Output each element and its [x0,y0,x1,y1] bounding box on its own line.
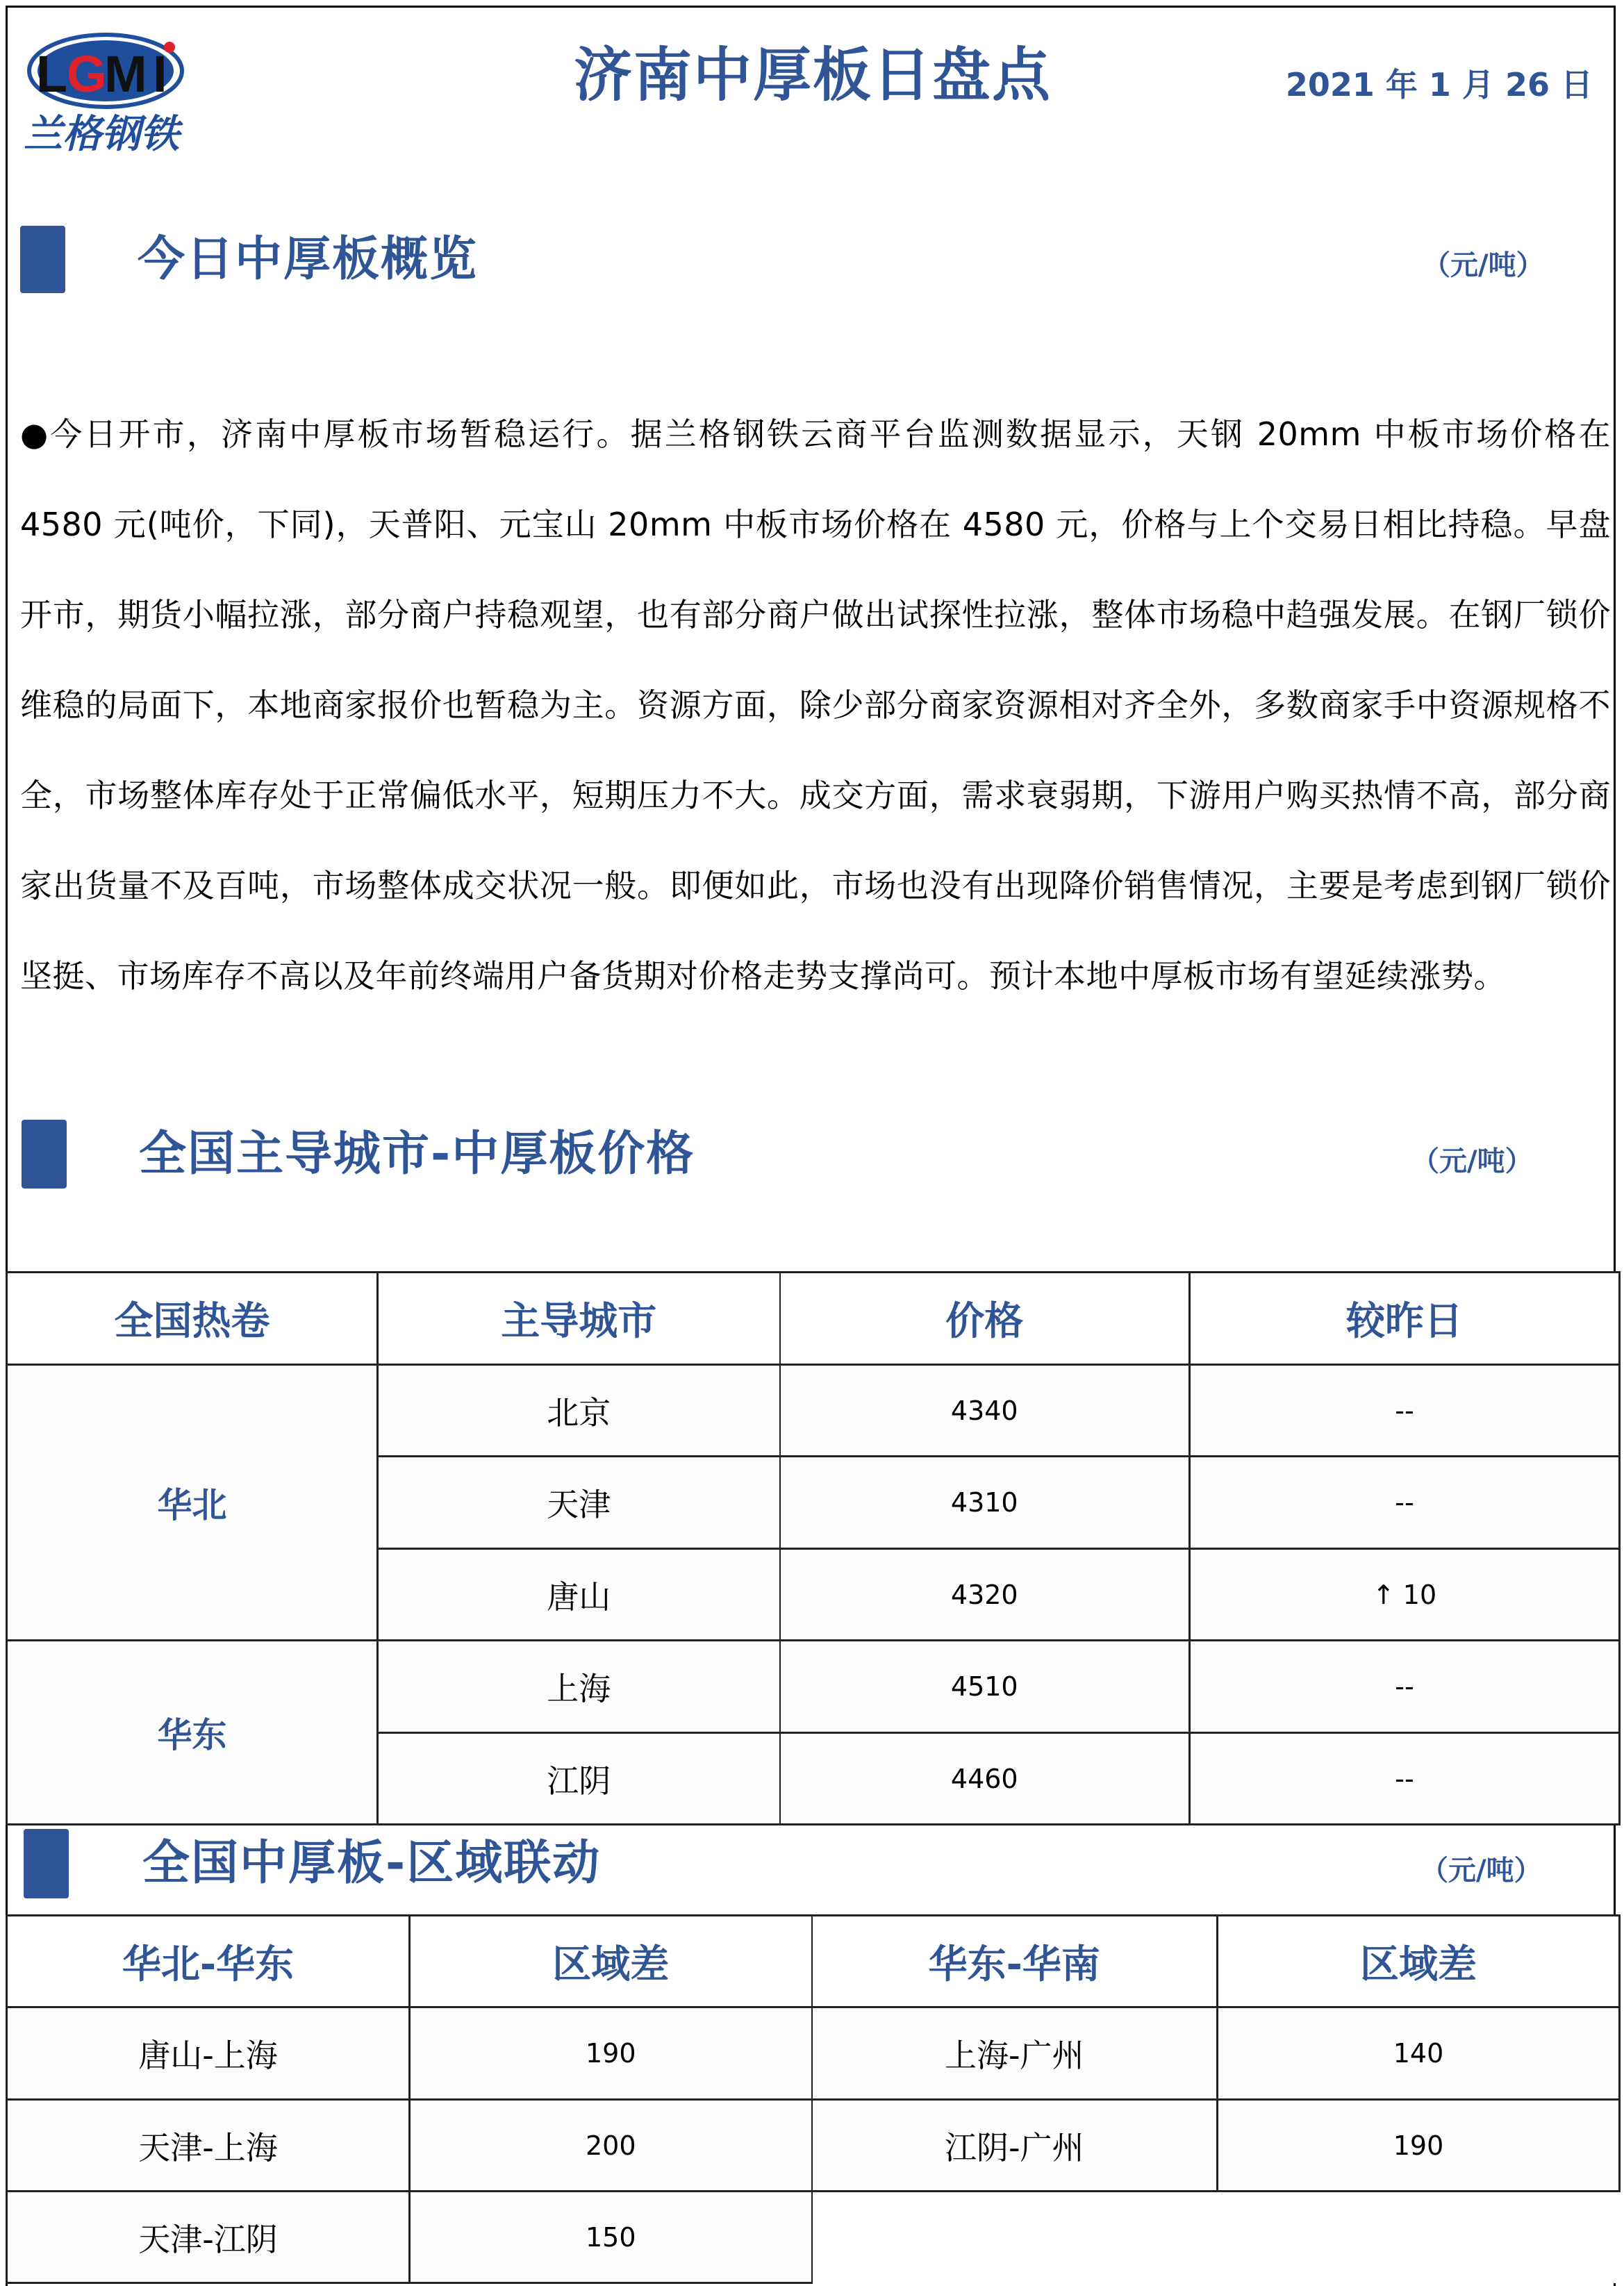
spread-cell: 190 [1218,2100,1620,2192]
change-cell: -- [1190,1365,1620,1457]
spread-cell: 200 [410,2100,812,2192]
column-header-price: 价格 [780,1273,1190,1365]
pair-cell: 江阴-广州 [812,2100,1218,2192]
column-header-region: 全国热卷 [7,1273,378,1365]
empty-cell [812,2192,1620,2283]
lgmi-logo-icon: L G M I 兰格钢铁 [21,28,201,156]
city-cell: 北京 [378,1365,780,1457]
column-header-change: 较昨日 [1190,1273,1620,1365]
table-row: 华北 北京 4340 -- [7,1365,1620,1457]
city-price-table: 全国热卷 主导城市 价格 较昨日 华北 北京 4340 -- 天津 4310 -… [6,1271,1621,1825]
svg-text:M: M [104,45,147,103]
report-date: 2021 年 1 月 26 日 [1286,65,1593,104]
column-header-spread-2: 区域差 [1218,1916,1620,2007]
spread-cell: 190 [410,2007,812,2100]
city-cell: 江阴 [378,1733,780,1825]
unit-label-city-prices: （元/吨） [1411,1144,1533,1179]
svg-text:兰格钢铁: 兰格钢铁 [24,111,183,156]
city-cell: 天津 [378,1457,780,1549]
pair-cell: 上海-广州 [812,2007,1218,2100]
lgmi-logo: L G M I 兰格钢铁 [21,28,201,156]
column-header-east-south: 华东-华南 [812,1916,1218,2007]
regional-spread-table: 华北-华东 区域差 华东-华南 区域差 唐山-上海 190 上海-广州 140 … [6,1914,1621,2284]
change-cell: -- [1190,1641,1620,1733]
overview-paragraph: ●今日开市，济南中厚板市场暂稳运行。据兰格钢铁云商平台监测数据显示，天钢 20m… [20,389,1611,1021]
column-header-city: 主导城市 [378,1273,780,1365]
price-cell: 4510 [780,1641,1190,1733]
unit-label-regional-spread: （元/吨） [1420,1853,1542,1888]
pair-cell: 天津-江阴 [7,2192,410,2283]
city-cell: 上海 [378,1641,780,1733]
document-title: 济南中厚板日盘点 [486,40,1139,110]
change-cell-up: ↑ 10 [1190,1549,1620,1641]
section-marker-overview [20,226,65,293]
price-cell: 4340 [780,1365,1190,1457]
pair-cell: 天津-上海 [7,2100,410,2192]
svg-text:I: I [153,45,167,103]
section-marker-city-prices [22,1120,67,1188]
table-header-row: 华北-华东 区域差 华东-华南 区域差 [7,1916,1620,2007]
price-cell: 4460 [780,1733,1190,1825]
city-cell: 唐山 [378,1549,780,1641]
section-marker-regional-spread [24,1829,69,1898]
table-row: 华东 上海 4510 -- [7,1641,1620,1733]
column-header-spread-1: 区域差 [410,1916,812,2007]
spread-cell: 140 [1218,2007,1620,2100]
change-cell: -- [1190,1733,1620,1825]
svg-text:G: G [67,45,107,103]
table-row: 天津-上海 200 江阴-广州 190 [7,2100,1620,2192]
svg-text:L: L [36,45,67,103]
table-row: 唐山-上海 190 上海-广州 140 [7,2007,1620,2100]
spread-cell: 150 [410,2192,812,2283]
region-cell: 华北 [7,1365,378,1641]
column-header-north-east: 华北-华东 [7,1916,410,2007]
change-cell: -- [1190,1457,1620,1549]
table-row: 天津-江阴 150 [7,2192,1620,2283]
price-cell: 4310 [780,1457,1190,1549]
section-title-regional-spread: 全国中厚板-区域联动 [142,1836,601,1891]
unit-label-overview: （元/吨） [1423,248,1544,283]
section-title-city-prices: 全国主导城市-中厚板价格 [139,1127,695,1182]
price-cell: 4320 [780,1549,1190,1641]
region-cell: 华东 [7,1641,378,1825]
pair-cell: 唐山-上海 [7,2007,410,2100]
section-title-overview: 今日中厚板概览 [138,232,478,288]
table-header-row: 全国热卷 主导城市 价格 较昨日 [7,1273,1620,1365]
